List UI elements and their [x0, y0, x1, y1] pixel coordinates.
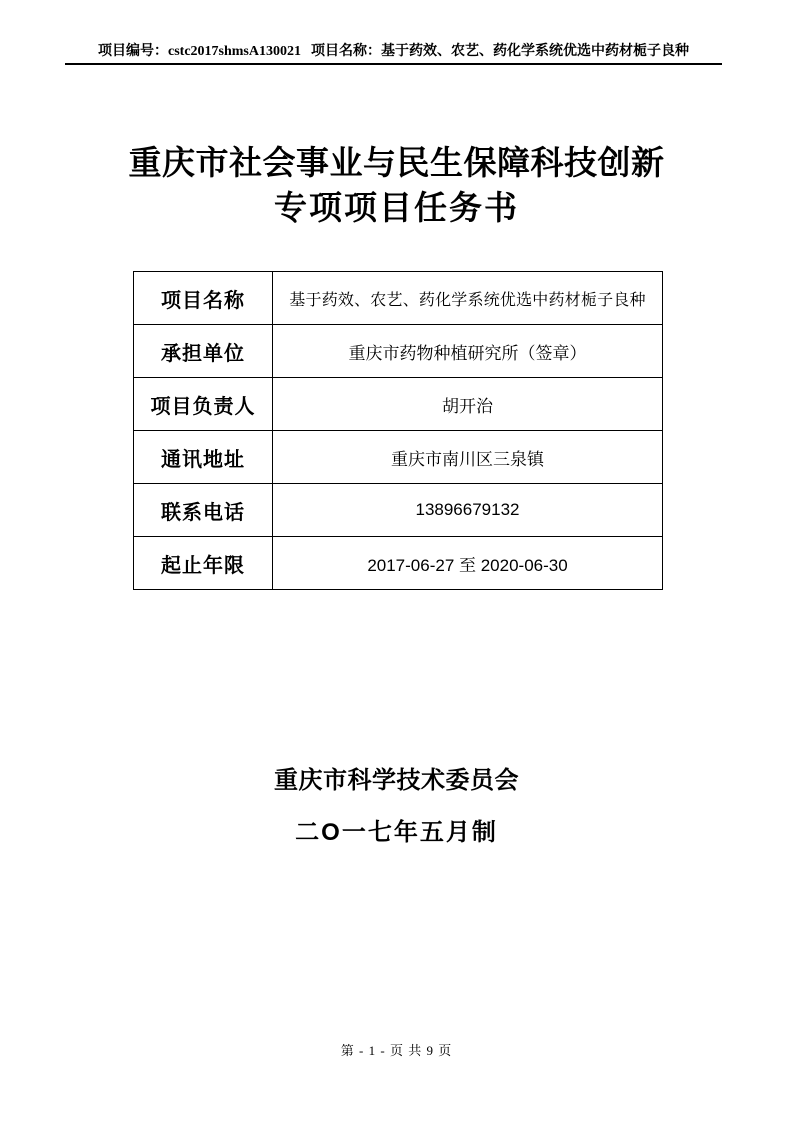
row-value: 基于药效、农艺、药化学系统优选中药材栀子良种 [273, 272, 662, 324]
row-label: 项目负责人 [134, 378, 273, 430]
row-label: 项目名称 [134, 272, 273, 324]
header-divider [65, 63, 722, 65]
row-label: 联系电话 [134, 484, 273, 536]
row-value: 13896679132 [273, 484, 662, 536]
table-row-duration: 起止年限 2017-06-27 至 2020-06-30 [134, 536, 662, 589]
issue-date-line: 二O一七年五月制 [0, 812, 793, 847]
row-label: 承担单位 [134, 325, 273, 377]
table-row-project-name: 项目名称 基于药效、农艺、药化学系统优选中药材栀子良种 [134, 272, 662, 324]
document-page: 项目编号：cstc2017shmsA130021项目名称：基于药效、农艺、药化学… [0, 0, 793, 1122]
title-line2: 专项项目任务书 [0, 185, 793, 230]
title-line1: 重庆市社会事业与民生保障科技创新 [0, 140, 793, 185]
document-title: 重庆市社会事业与民生保障科技创新 专项项目任务书 [0, 140, 793, 230]
row-value: 胡开治 [273, 378, 662, 430]
project-name-text: 项目名称：基于药效、农艺、药化学系统优选中药材栀子良种 [311, 44, 689, 59]
project-info-table: 项目名称 基于药效、农艺、药化学系统优选中药材栀子良种 承担单位 重庆市药物种植… [133, 271, 663, 590]
issuing-organization: 重庆市科学技术委员会 [0, 760, 793, 795]
page-number: 第 - 1 - 页 共 9 页 [0, 1040, 793, 1059]
row-label: 通讯地址 [134, 431, 273, 483]
table-row-undertaking-unit: 承担单位 重庆市药物种植研究所（签章） [134, 324, 662, 377]
row-value: 重庆市药物种植研究所（签章） [273, 325, 662, 377]
page-header: 项目编号：cstc2017shmsA130021项目名称：基于药效、农艺、药化学… [65, 43, 722, 61]
table-row-project-leader: 项目负责人 胡开治 [134, 377, 662, 430]
project-number-text: 项目编号：cstc2017shmsA130021 [98, 44, 301, 59]
row-label: 起止年限 [134, 537, 273, 589]
row-value: 重庆市南川区三泉镇 [273, 431, 662, 483]
table-row-mailing-address: 通讯地址 重庆市南川区三泉镇 [134, 430, 662, 483]
table-row-contact-phone: 联系电话 13896679132 [134, 483, 662, 536]
row-value: 2017-06-27 至 2020-06-30 [273, 537, 662, 589]
